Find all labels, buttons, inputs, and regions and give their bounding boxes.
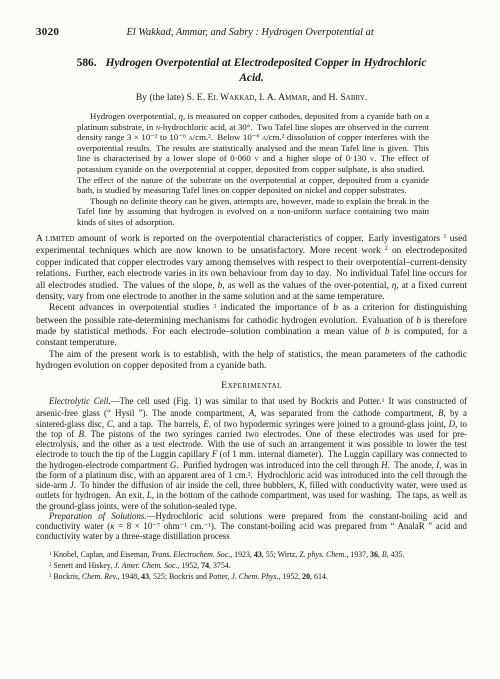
body-paragraph-2: Recent advances in overpotential studies…: [36, 303, 467, 349]
abstract-paragraph-1: Hydrogen overpotential, η, is measured o…: [77, 111, 429, 196]
experimental-paragraph-1: Electrolytic Cell.—The cell used (Fig. 1…: [36, 396, 467, 511]
article-number: 586.: [77, 57, 97, 69]
section-heading-experimental: Experimental: [36, 380, 467, 391]
body-paragraph-3: The aim of the present work is to establ…: [36, 350, 467, 373]
abstract-paragraph-2: Though no definite theory can be given, …: [77, 196, 429, 228]
article-title: Hydrogen Overpotential at Electrodeposit…: [106, 57, 427, 84]
running-title: El Wakkad, Ammar, and Sabry : Hydrogen O…: [59, 27, 467, 38]
experimental-section: Electrolytic Cell.—The cell used (Fig. 1…: [36, 396, 467, 542]
journal-page: 3020 El Wakkad, Ammar, and Sabry : Hydro…: [0, 0, 500, 679]
footnote-3: 3 Bockris, Chem. Rev., 1948, 43, 525; Bo…: [36, 572, 467, 583]
page-number: 3020: [36, 26, 59, 38]
experimental-paragraph-2: Preparation of Solutions.—Hydrochloric a…: [36, 511, 467, 542]
footnote-1: 1 Knobel, Caplan, and Eiseman, Trans. El…: [36, 550, 467, 561]
byline: By (the late) S. E. El Wakkad, I. A. Amm…: [36, 92, 467, 103]
page-header: 3020 El Wakkad, Ammar, and Sabry : Hydro…: [36, 26, 467, 38]
footnote-2: 2 Senett and Hiskey, J. Amer. Chem. Soc.…: [36, 561, 467, 572]
abstract: Hydrogen overpotential, η, is measured o…: [77, 111, 429, 228]
article-body: A limited amount of work is reported on …: [36, 234, 467, 373]
body-paragraph-1: A limited amount of work is reported on …: [36, 234, 467, 304]
footnotes: 1 Knobel, Caplan, and Eiseman, Trans. El…: [36, 550, 467, 584]
article-title-block: 586.Hydrogen Overpotential at Electrodep…: [71, 56, 433, 85]
